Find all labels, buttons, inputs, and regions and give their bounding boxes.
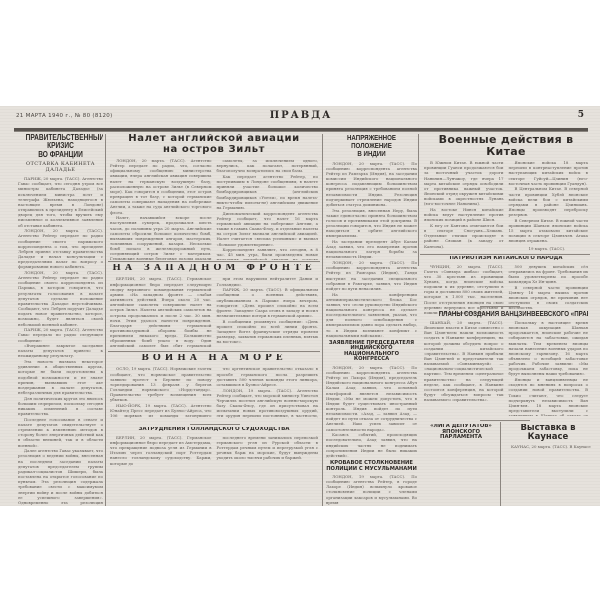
headline: В ИНДИИ bbox=[334, 150, 409, 158]
section-divider bbox=[480, 420, 530, 421]
paragraph: ЛОНДОН, 20 марта. (ТАСС). Агентство Рейт… bbox=[18, 270, 103, 327]
newspaper-page: 21 МАРТА 1940 г., № 80 (8120) ПРАВДА 5 П… bbox=[0, 106, 600, 506]
paragraph: В сообщении упомянуто сообщение: «День п… bbox=[217, 319, 319, 345]
paragraph: ЛОНДОН, 20 марта. (ТАСС). Агентство Рейт… bbox=[18, 228, 103, 269]
article-body: КАУНАС, 20 марта. (ТАСС). В Каунасе bbox=[505, 444, 591, 449]
paragraph: Далее агентство Гавас указывает, что рез… bbox=[18, 448, 103, 506]
article-muslim-clash: КРОВАВОЕ СТОЛКНОВЕНИЕ ПОЛИЦИИ С МУСУЛЬМА… bbox=[326, 461, 417, 505]
paragraph: Дипломатический корреспондент агентства … bbox=[217, 211, 319, 247]
paragraph: ЛОНДОН, 19 марта. (ТАСС). Агентство Рейт… bbox=[217, 388, 319, 420]
column-divider bbox=[500, 422, 501, 506]
masthead-rule bbox=[14, 128, 588, 132]
paragraph: самолеты, за исключением одного, вернули… bbox=[217, 158, 319, 173]
paragraph: БЕРЛИН, 20 марта. (ТАСС). Германское инф… bbox=[110, 435, 212, 466]
headline: ЗАТРУДНЕНИЯ ГОЛЛАНДСКОГО СУДОХОДСТВА bbox=[110, 427, 318, 433]
headline: КОНГРЕССА bbox=[326, 357, 417, 362]
paragraph: Налет, начавшийся вскоре после наступлен… bbox=[110, 215, 212, 260]
headline: ПРАВИТЕЛЬСТВЕННЫЙ КРИЗИС bbox=[26, 134, 96, 151]
paragraph: ЛОНДОН, 20 марта. (ТАСС). По сообщению к… bbox=[326, 161, 417, 207]
article-kaunas-exhibition: Выставка в Каунасе КАУНАС, 20 марта. (ТА… bbox=[505, 424, 591, 506]
paragraph: 500 девушек китайских сёл отправились на… bbox=[509, 264, 589, 285]
paragraph: Эта новость вызвала некоторое удивление … bbox=[18, 359, 103, 395]
article-body: ЛОНДОН, 20 марта. (ТАСС). По сообщению к… bbox=[326, 365, 417, 458]
headline: Военные действия в Китае bbox=[424, 134, 588, 157]
paragraph: На заседании президент Абул Калам Азад з… bbox=[326, 239, 417, 260]
article-western-front: НА ЗАПАДНОМ ФРОНТЕ БЕРЛИН, 20 марта. (ТА… bbox=[110, 264, 318, 348]
section-divider bbox=[190, 424, 240, 425]
article-body: ОСЛО, 19 марта. (ТАСС). Норвежские газет… bbox=[110, 366, 318, 420]
paragraph: «Вчерашнее закрытое заседание палаты деп… bbox=[18, 343, 103, 358]
headline: ПОЛИЦИИ С МУСУЛЬМАНАМИ bbox=[326, 467, 417, 472]
paragraph: Японцы и ванцзинвеевцы не сходятся во мн… bbox=[509, 377, 589, 416]
headline: ВО ФРАНЦИИ bbox=[26, 151, 96, 159]
paragraph: В Северном Китае. В южной части провинци… bbox=[509, 218, 589, 244]
headline: ПАТРИОТИЗМ КИТАЙСКОГО НАРОДА bbox=[424, 256, 588, 262]
paragraph: В Центральном Китае. В северной части пр… bbox=[509, 186, 589, 217]
headline: НАПРЯЖЕННОЕ ПОЛОЖЕНИЕ bbox=[334, 134, 409, 150]
paragraph: ЛОНДОН, 20 марта. (ТАСС). По сообщению к… bbox=[326, 365, 417, 432]
paragraph: Поскольку в настоящее время японская окк… bbox=[509, 320, 589, 377]
headline: на остров Зильт bbox=[110, 145, 318, 156]
paragraph: при этом нарушили нейтралитет Дании и Го… bbox=[217, 276, 319, 286]
column-divider bbox=[322, 134, 323, 506]
article-body: БЕРЛИН, 20 марта. (ТАСС). Германское инф… bbox=[110, 276, 318, 348]
headline: НА ЗАПАДНОМ ФРОНТЕ bbox=[110, 264, 318, 273]
masthead: 21 МАРТА 1940 г., № 80 (8120) ПРАВДА 5 bbox=[16, 110, 586, 126]
headline: Выставка в Каунасе bbox=[505, 424, 591, 442]
article-china-war: Военные действия в Китае В Южном Китае. … bbox=[424, 134, 588, 252]
paragraph: На конференции антиимпериалистического б… bbox=[326, 292, 417, 338]
subheadline: ОТСТАВКА КАБИНЕТА ДАЛАДЬЕ bbox=[18, 161, 103, 173]
article-body: ШАНХАЙ, 20 марта. (ТАСС). Японские власт… bbox=[424, 320, 588, 416]
paragraph: ПАРИЖ, 20 марта. (ТАСС). Агентство Гавас… bbox=[18, 327, 103, 342]
article-france-crisis: ПРАВИТЕЛЬСТВЕННЫЙ КРИЗИС ВО ФРАНЦИИ ОТСТ… bbox=[18, 134, 103, 506]
paragraph: В Южном Китае. В южной части провинции Г… bbox=[424, 160, 504, 206]
article-india-tension: НАПРЯЖЕННОЕ ПОЛОЖЕНИЕ В ИНДИИ ЛОНДОН, 20… bbox=[326, 134, 417, 506]
column-divider bbox=[418, 134, 419, 266]
headline: ВОЙНА НА МОРЕ bbox=[110, 354, 318, 363]
article-wang-jingwei-plans: ПЛАНЫ СОЗДАНИЯ ВАНЦЗИНВЕЕВСКОГО «ПРАВИТЕ… bbox=[424, 310, 588, 416]
paragraph: ПАРИЖ, 20 марта. (ТАСС). Агентство Гавас… bbox=[18, 176, 103, 228]
page-number: 5 bbox=[578, 110, 584, 120]
paragraph: Как передает агентство Рейтер, по поступ… bbox=[217, 174, 319, 210]
article-body: В Южном Китае. В южной части провинции Г… bbox=[424, 160, 588, 251]
paragraph: КАУНАС, 20 марта. (ТАСС). В Каунасе bbox=[505, 444, 591, 449]
article-dutch-shipping: ЗАТРУДНЕНИЯ ГОЛЛАНДСКОГО СУДОХОДСТВА БЕР… bbox=[110, 427, 318, 506]
article-body: ЛОНДОН, 20 марта. (ТАСС). По сообщению к… bbox=[326, 161, 417, 338]
paragraph: В северной части провинции Цзянсу 16 мар… bbox=[509, 285, 589, 311]
section-divider bbox=[108, 351, 320, 352]
section-divider bbox=[480, 306, 520, 307]
article-deputies-league: «ЛИГА ДЕПУТАТОВ» ЯПОНСКОГО ПАРЛАМЕНТА bbox=[424, 424, 498, 506]
section-divider bbox=[108, 261, 320, 262]
paragraph: Последнее голосование в сенате и палате … bbox=[18, 417, 103, 448]
paragraph: НЬЮ-ЙОРК, 19 марта. (ТАСС). Агентство Юн… bbox=[110, 403, 212, 420]
paragraph: ПАРИЖ, 20 марта. (ТАСС). В официальном с… bbox=[217, 287, 319, 318]
paragraph: ЛОНДОН, 19 марта. (ТАСС). По сообщению а… bbox=[326, 474, 417, 505]
paragraph: последнего времени занимались перевозкой… bbox=[217, 435, 319, 461]
paragraph: К югу от Кантона отмечаются бои в сектор… bbox=[424, 223, 504, 249]
paragraph: Касаясь событий, происходящих последоват… bbox=[326, 432, 417, 458]
paragraph: Эта резолюция, внесенная Неру, была такж… bbox=[326, 208, 417, 239]
newspaper-title: ПРАВДА bbox=[16, 110, 586, 121]
article-sylt-raid: Налет английской авиации на остров Зильт… bbox=[110, 134, 318, 260]
article-signature: 19 марта. (ТАСС). bbox=[509, 246, 589, 251]
article-body: ЛОНДОН, 20 марта. (ТАСС). Агентство Рейт… bbox=[110, 158, 318, 260]
article-body: ПАРИЖ, 20 марта. (ТАСС). Агентство Гавас… bbox=[18, 176, 103, 506]
headline: ЯПОНСКОГО ПАРЛАМЕНТА bbox=[424, 430, 498, 441]
article-body: БЕРЛИН, 20 марта. (ТАСС). Германское инф… bbox=[110, 435, 318, 466]
paragraph: На востоке Нинся китайские войска ведут … bbox=[424, 207, 504, 222]
paragraph: ЛОНДОН, 20 марта. (ТАСС). Агентство Рейт… bbox=[110, 158, 212, 215]
paragraph: ОСЛО, 19 марта. (ТАСС). Норвежские газет… bbox=[110, 366, 212, 402]
headline: Налет английской авиации bbox=[110, 134, 318, 145]
column-divider bbox=[105, 134, 106, 506]
headline: ПЛАНЫ СОЗДАНИЯ ВАНЦЗИНВЕЕВСКОГО «ПРАВИТЕ… bbox=[439, 310, 573, 318]
paragraph: БЕРЛИН, 20 марта. (ТАСС). Германское инф… bbox=[110, 276, 212, 348]
paragraph: Для политических кругов это явилось боль… bbox=[18, 396, 103, 417]
article-body: ЛОНДОН, 19 марта. (ТАСС). По сообщению а… bbox=[326, 474, 417, 505]
paragraph: Японские войска 18 марта перешли в контр… bbox=[509, 160, 589, 186]
section-divider bbox=[420, 254, 590, 255]
paragraph: что аргентинское правительство отказало … bbox=[217, 366, 319, 387]
paragraph: ЛОНДОН, 20 марта. (ТАСС). По сообщению к… bbox=[326, 260, 417, 291]
article-war-at-sea: ВОЙНА НА МОРЕ ОСЛО, 19 марта. (ТАСС). Но… bbox=[110, 354, 318, 420]
article-congress-chairman: ЗАЯВЛЕНИЕ ПРЕДСЕДАТЕЛЯ ИНДИЙСКОГО НАЦИОН… bbox=[326, 341, 417, 458]
paragraph: Корреспондент заявляет, что сегодня, в 8… bbox=[217, 247, 319, 260]
paragraph: ШАНХАЙ, 20 марта. (ТАСС). Японские власт… bbox=[424, 320, 504, 403]
